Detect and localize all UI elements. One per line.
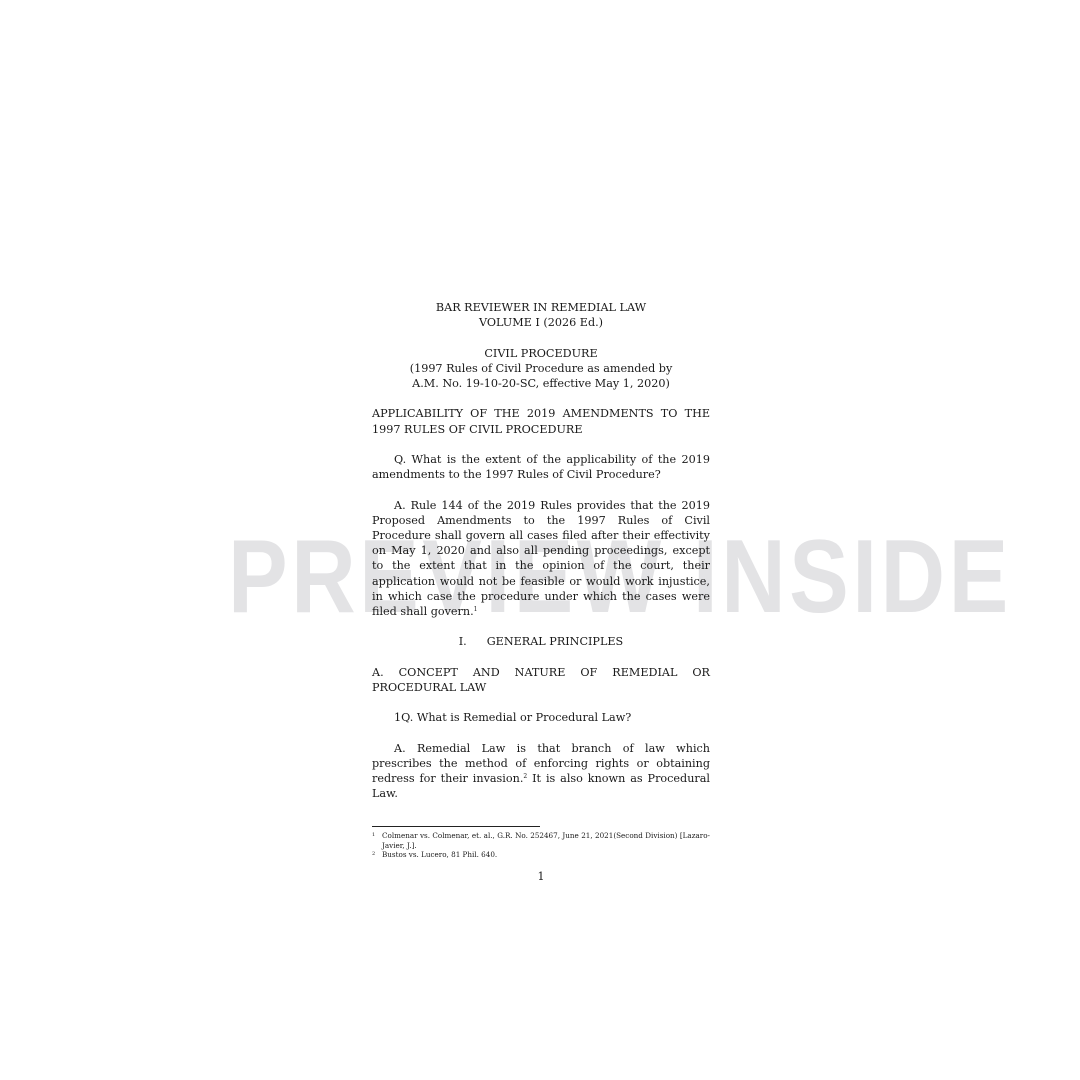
- subject-subtitle-line2: A.M. No. 19-10-20-SC, effective May 1, 2…: [372, 376, 710, 391]
- page-number: 1: [372, 870, 710, 883]
- subject-title: CIVIL PROCEDURE: [372, 346, 710, 361]
- concept-subheading: A. CONCEPT AND NATURE OF REMEDIAL OR PRO…: [372, 665, 710, 695]
- part-title: GENERAL PRINCIPLES: [487, 635, 623, 648]
- question-2: 1Q. What is Remedial or Procedural Law?: [372, 710, 710, 725]
- footnote-1: 1 Colmenar vs. Colmenar, et. al., G.R. N…: [372, 831, 710, 850]
- footnote-text: Colmenar vs. Colmenar, et. al., G.R. No.…: [382, 831, 710, 850]
- footnote-divider: [372, 826, 540, 827]
- footnote-2: 2 Bustos vs. Lucero, 81 Phil. 640.: [372, 850, 710, 860]
- footnote-mark: 2: [372, 850, 382, 860]
- applicability-heading: APPLICABILITY OF THE 2019 AMENDMENTS TO …: [372, 406, 710, 436]
- book-volume: VOLUME I (2026 Ed.): [372, 315, 710, 330]
- document-page: BAR REVIEWER IN REMEDIAL LAW VOLUME I (2…: [372, 300, 710, 802]
- footnote-mark: 1: [372, 831, 382, 850]
- subject-subtitle-line1: (1997 Rules of Civil Procedure as amende…: [372, 361, 710, 376]
- book-title: BAR REVIEWER IN REMEDIAL LAW: [372, 300, 710, 315]
- footnotes: 1 Colmenar vs. Colmenar, et. al., G.R. N…: [372, 831, 710, 860]
- footnote-text: Bustos vs. Lucero, 81 Phil. 640.: [382, 850, 710, 860]
- footnote-ref-1[interactable]: 1: [474, 606, 478, 613]
- part-number: I.: [459, 634, 487, 649]
- answer-1-text: A. Rule 144 of the 2019 Rules provides t…: [372, 499, 710, 618]
- part-heading: I.GENERAL PRINCIPLES: [372, 634, 710, 649]
- question-1: Q. What is the extent of the applicabili…: [372, 452, 710, 482]
- answer-1: A. Rule 144 of the 2019 Rules provides t…: [372, 498, 710, 620]
- footnote-ref-2[interactable]: 2: [523, 773, 527, 780]
- answer-2: A. Remedial Law is that branch of law wh…: [372, 741, 710, 802]
